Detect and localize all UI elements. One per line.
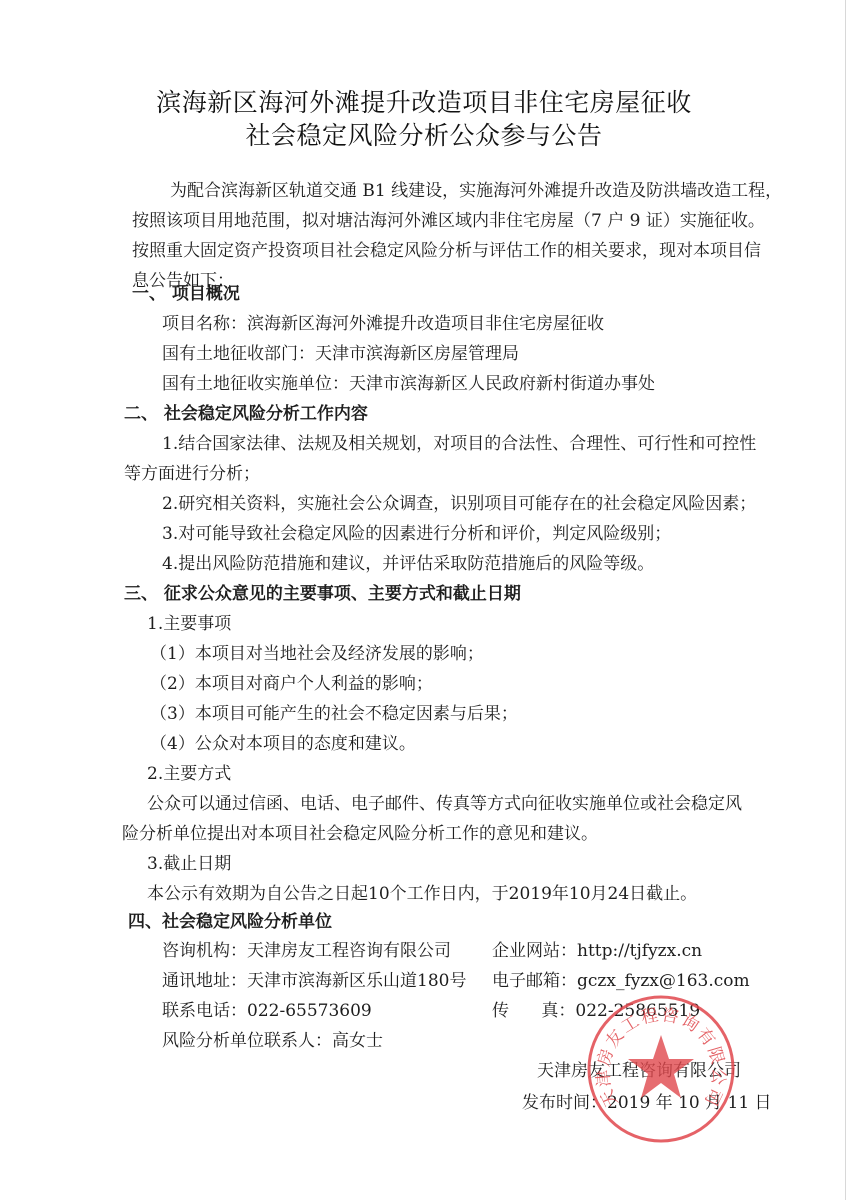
contact-person: 风险分析单位联系人：高女士 (162, 1030, 383, 1052)
work-item-1: 1.结合国家法律、法规及相关规划，对项目的合法性、合理性、可行性和可控性 (162, 433, 756, 455)
matter-item-1: （1）本项目对当地社会及经济发展的影响； (150, 643, 484, 665)
deadline-text: 本公示有效期为自公告之日起10个工作日内，于2019年10月24日截止。 (147, 883, 697, 905)
intro-line-1: 为配合滨海新区轨道交通 B1 线建设，实施海河外滩提升改造及防洪墙改造工程， (170, 180, 782, 202)
document-page: 滨海新区海河外滩提升改造项目非住宅房屋征收 社会稳定风险分析公众参与公告 为配合… (0, 0, 848, 1200)
section3-heading: 三、 征求公众意见的主要事项、主要方式和截止日期 (124, 583, 521, 605)
deadline-title: 3.截止日期 (147, 853, 231, 875)
company-fax: 传 真：022-25865519 (492, 1000, 700, 1022)
company-website[interactable]: 企业网站：http://tjfyzx.cn (492, 940, 702, 962)
section4-heading: 四、社会稳定风险分析单位 (128, 911, 332, 933)
document-title-line2: 社会稳定风险分析公众参与公告 (0, 116, 848, 152)
main-methods-title: 2.主要方式 (147, 763, 231, 785)
section2-heading: 二、 社会稳定风险分析工作内容 (124, 403, 368, 425)
matter-item-2: （2）本项目对商户个人利益的影响； (150, 673, 433, 695)
signature-company: 天津房友工程咨询有限公司 (537, 1060, 741, 1082)
section1-heading: 一、 项目概况 (132, 283, 240, 305)
document-title-line1: 滨海新区海河外滩提升改造项目非住宅房屋征收 (0, 83, 848, 119)
work-item-3: 3.对可能导致社会稳定风险的因素进行分析和评价，判定风险级别； (162, 523, 671, 545)
methods-line-2: 险分析单位提出对本项目社会稳定风险分析工作的意见和建议。 (122, 823, 598, 845)
methods-line-1: 公众可以通过信函、电话、电子邮件、传真等方式向征收实施单位或社会稳定风 (147, 793, 742, 815)
publish-date: 发布时间：2019 年 10 月 11 日 (522, 1092, 772, 1114)
work-item-2: 2.研究相关资料，实施社会公众调查，识别项目可能存在的社会稳定风险因素； (162, 493, 756, 515)
consulting-agency: 咨询机构：天津房友工程咨询有限公司 (162, 940, 451, 962)
matter-item-4: （4）公众对本项目的态度和建议。 (150, 733, 416, 755)
work-item-4: 4.提出风险防范措施和建议，并评估采取防范措施后的风险等级。 (162, 553, 654, 575)
company-email[interactable]: 电子邮箱：gczx_fyzx@163.com (492, 970, 750, 992)
intro-line-3: 按照重大固定资产投资项目社会稳定风险分析与评估工作的相关要求，现对本项目信 (132, 240, 761, 262)
mailing-address: 通讯地址：天津市滨海新区乐山道180号 (162, 970, 466, 992)
expropriation-department: 国有土地征收部门：天津市滨海新区房屋管理局 (162, 343, 519, 365)
contact-phone: 联系电话：022-65573609 (162, 1000, 372, 1022)
implementing-unit: 国有土地征收实施单位：天津市滨海新区人民政府新村街道办事处 (162, 373, 655, 395)
page-edge (845, 0, 846, 1200)
intro-line-2: 按照该项目用地范围，拟对塘沽海河外滩区域内非住宅房屋（7 户 9 证）实施征收。 (132, 210, 765, 232)
project-name: 项目名称：滨海新区海河外滩提升改造项目非住宅房屋征收 (162, 313, 604, 335)
main-matters-title: 1.主要事项 (147, 613, 231, 635)
matter-item-3: （3）本项目可能产生的社会不稳定因素与后果； (150, 703, 518, 725)
work-item-1-cont: 等方面进行分析； (124, 463, 260, 485)
